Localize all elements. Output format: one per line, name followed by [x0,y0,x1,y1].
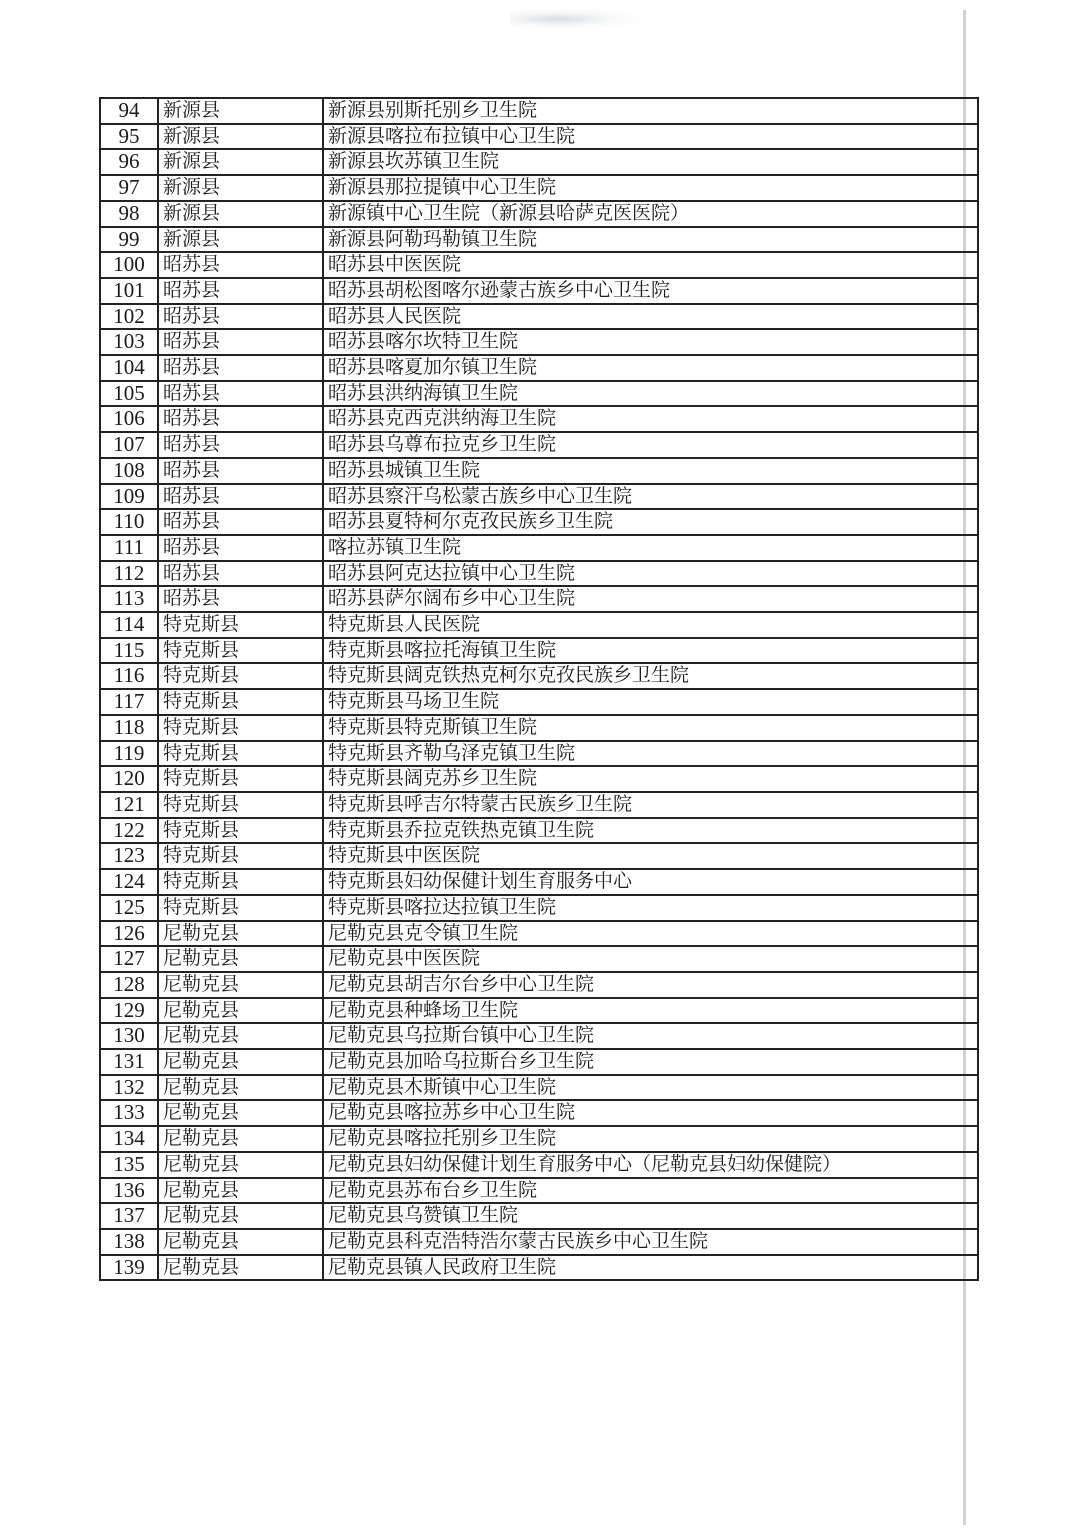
institution-name-cell: 昭苏县夏特柯尔克孜民族乡卫生院 [323,509,978,535]
table-row: 138 尼勒克县 尼勒克县科克浩特浩尔蒙古民族乡中心卫生院 [100,1229,978,1255]
county-cell: 尼勒克县 [158,1255,323,1281]
row-number-cell: 124 [100,869,158,895]
institution-name-cell: 昭苏县城镇卫生院 [323,458,978,484]
row-number-cell: 139 [100,1255,158,1281]
county-cell: 特克斯县 [158,741,323,767]
table-row: 134 尼勒克县 尼勒克县喀拉托别乡卫生院 [100,1126,978,1152]
row-number-cell: 100 [100,252,158,278]
institution-name-cell: 昭苏县人民医院 [323,304,978,330]
county-cell: 特克斯县 [158,663,323,689]
table-row: 103 昭苏县 昭苏县喀尔坎特卫生院 [100,329,978,355]
county-cell: 昭苏县 [158,458,323,484]
table-row: 132 尼勒克县 尼勒克县木斯镇中心卫生院 [100,1075,978,1101]
row-number-cell: 112 [100,561,158,587]
institution-name-cell: 昭苏县中医医院 [323,252,978,278]
county-cell: 昭苏县 [158,329,323,355]
institution-name-cell: 特克斯县特克斯镇卫生院 [323,715,978,741]
row-number-cell: 116 [100,663,158,689]
institution-name-cell: 昭苏县阿克达拉镇中心卫生院 [323,561,978,587]
table-row: 117 特克斯县 特克斯县马场卫生院 [100,689,978,715]
institution-name-cell: 特克斯县齐勒乌泽克镇卫生院 [323,741,978,767]
county-cell: 新源县 [158,98,323,124]
institution-name-cell: 特克斯县呼吉尔特蒙古民族乡卫生院 [323,792,978,818]
table-row: 137 尼勒克县 尼勒克县乌赞镇卫生院 [100,1203,978,1229]
table-row: 102 昭苏县 昭苏县人民医院 [100,304,978,330]
table-row: 110 昭苏县 昭苏县夏特柯尔克孜民族乡卫生院 [100,509,978,535]
table-row: 106 昭苏县 昭苏县克西克洪纳海卫生院 [100,406,978,432]
row-number-cell: 97 [100,175,158,201]
county-cell: 尼勒克县 [158,998,323,1024]
row-number-cell: 127 [100,946,158,972]
institution-name-cell: 尼勒克县中医医院 [323,946,978,972]
row-number-cell: 115 [100,638,158,664]
institution-name-cell: 尼勒克县镇人民政府卫生院 [323,1255,978,1281]
table-row: 128 尼勒克县 尼勒克县胡吉尔台乡中心卫生院 [100,972,978,998]
table-row: 94 新源县 新源县别斯托别乡卫生院 [100,98,978,124]
row-number-cell: 133 [100,1100,158,1126]
institution-name-cell: 尼勒克县喀拉苏乡中心卫生院 [323,1100,978,1126]
row-number-cell: 113 [100,586,158,612]
table-row: 101 昭苏县 昭苏县胡松图喀尔逊蒙古族乡中心卫生院 [100,278,978,304]
county-cell: 尼勒克县 [158,946,323,972]
county-cell: 特克斯县 [158,843,323,869]
row-number-cell: 134 [100,1126,158,1152]
row-number-cell: 137 [100,1203,158,1229]
row-number-cell: 102 [100,304,158,330]
row-number-cell: 121 [100,792,158,818]
county-cell: 尼勒克县 [158,1023,323,1049]
county-cell: 特克斯县 [158,638,323,664]
row-number-cell: 95 [100,124,158,150]
row-number-cell: 105 [100,381,158,407]
row-number-cell: 119 [100,741,158,767]
institution-name-cell: 新源县喀拉布拉镇中心卫生院 [323,124,978,150]
county-cell: 昭苏县 [158,381,323,407]
institution-name-cell: 尼勒克县胡吉尔台乡中心卫生院 [323,972,978,998]
county-cell: 新源县 [158,201,323,227]
row-number-cell: 122 [100,818,158,844]
row-number-cell: 106 [100,406,158,432]
county-cell: 昭苏县 [158,509,323,535]
institution-table: 94 新源县 新源县别斯托别乡卫生院 95 新源县 新源县喀拉布拉镇中心卫生院 … [99,97,979,1281]
county-cell: 昭苏县 [158,406,323,432]
county-cell: 尼勒克县 [158,1100,323,1126]
table-row: 125 特克斯县 特克斯县喀拉达拉镇卫生院 [100,895,978,921]
table-row: 107 昭苏县 昭苏县乌尊布拉克乡卫生院 [100,432,978,458]
table-row: 120 特克斯县 特克斯县阔克苏乡卫生院 [100,766,978,792]
county-cell: 尼勒克县 [158,1178,323,1204]
county-cell: 尼勒克县 [158,1049,323,1075]
county-cell: 昭苏县 [158,484,323,510]
institution-name-cell: 新源县那拉提镇中心卫生院 [323,175,978,201]
row-number-cell: 114 [100,612,158,638]
institution-name-cell: 尼勒克县科克浩特浩尔蒙古民族乡中心卫生院 [323,1229,978,1255]
county-cell: 尼勒克县 [158,972,323,998]
institution-name-cell: 特克斯县妇幼保健计划生育服务中心 [323,869,978,895]
scan-artifact [510,8,650,30]
county-cell: 新源县 [158,175,323,201]
table-row: 135 尼勒克县 尼勒克县妇幼保健计划生育服务中心（尼勒克县妇幼保健院） [100,1152,978,1178]
county-cell: 特克斯县 [158,689,323,715]
table-row: 98 新源县 新源镇中心卫生院（新源县哈萨克医医院） [100,201,978,227]
institution-name-cell: 昭苏县胡松图喀尔逊蒙古族乡中心卫生院 [323,278,978,304]
table-row: 133 尼勒克县 尼勒克县喀拉苏乡中心卫生院 [100,1100,978,1126]
county-cell: 昭苏县 [158,432,323,458]
table-row: 109 昭苏县 昭苏县察汗乌松蒙古族乡中心卫生院 [100,484,978,510]
county-cell: 特克斯县 [158,715,323,741]
row-number-cell: 110 [100,509,158,535]
county-cell: 尼勒克县 [158,1075,323,1101]
row-number-cell: 99 [100,227,158,253]
institution-name-cell: 尼勒克县种蜂场卫生院 [323,998,978,1024]
table-row: 118 特克斯县 特克斯县特克斯镇卫生院 [100,715,978,741]
institution-name-cell: 昭苏县洪纳海镇卫生院 [323,381,978,407]
row-number-cell: 96 [100,149,158,175]
institution-name-cell: 特克斯县中医医院 [323,843,978,869]
row-number-cell: 136 [100,1178,158,1204]
row-number-cell: 111 [100,535,158,561]
institution-name-cell: 尼勒克县木斯镇中心卫生院 [323,1075,978,1101]
table-row: 96 新源县 新源县坎苏镇卫生院 [100,149,978,175]
table-row: 105 昭苏县 昭苏县洪纳海镇卫生院 [100,381,978,407]
institution-name-cell: 昭苏县察汗乌松蒙古族乡中心卫生院 [323,484,978,510]
institution-name-cell: 尼勒克县加哈乌拉斯台乡卫生院 [323,1049,978,1075]
row-number-cell: 118 [100,715,158,741]
county-cell: 新源县 [158,227,323,253]
county-cell: 尼勒克县 [158,1229,323,1255]
institution-name-cell: 喀拉苏镇卫生院 [323,535,978,561]
row-number-cell: 94 [100,98,158,124]
institution-name-cell: 新源县坎苏镇卫生院 [323,149,978,175]
table-row: 123 特克斯县 特克斯县中医医院 [100,843,978,869]
institution-name-cell: 昭苏县喀尔坎特卫生院 [323,329,978,355]
county-cell: 尼勒克县 [158,1152,323,1178]
table-row: 130 尼勒克县 尼勒克县乌拉斯台镇中心卫生院 [100,1023,978,1049]
county-cell: 特克斯县 [158,818,323,844]
row-number-cell: 107 [100,432,158,458]
row-number-cell: 104 [100,355,158,381]
row-number-cell: 103 [100,329,158,355]
county-cell: 尼勒克县 [158,1126,323,1152]
institution-name-cell: 新源县阿勒玛勒镇卫生院 [323,227,978,253]
county-cell: 特克斯县 [158,895,323,921]
table-row: 127 尼勒克县 尼勒克县中医医院 [100,946,978,972]
table-row: 100 昭苏县 昭苏县中医医院 [100,252,978,278]
county-cell: 特克斯县 [158,766,323,792]
table-row: 112 昭苏县 昭苏县阿克达拉镇中心卫生院 [100,561,978,587]
county-cell: 昭苏县 [158,535,323,561]
row-number-cell: 129 [100,998,158,1024]
institution-name-cell: 特克斯县人民医院 [323,612,978,638]
table-row: 124 特克斯县 特克斯县妇幼保健计划生育服务中心 [100,869,978,895]
institution-name-cell: 尼勒克县乌赞镇卫生院 [323,1203,978,1229]
table-row: 126 尼勒克县 尼勒克县克令镇卫生院 [100,921,978,947]
institution-name-cell: 特克斯县阔克苏乡卫生院 [323,766,978,792]
table-row: 95 新源县 新源县喀拉布拉镇中心卫生院 [100,124,978,150]
county-cell: 新源县 [158,149,323,175]
county-cell: 昭苏县 [158,278,323,304]
table-row: 121 特克斯县 特克斯县呼吉尔特蒙古民族乡卫生院 [100,792,978,818]
row-number-cell: 108 [100,458,158,484]
county-cell: 新源县 [158,124,323,150]
table-row: 119 特克斯县 特克斯县齐勒乌泽克镇卫生院 [100,741,978,767]
row-number-cell: 123 [100,843,158,869]
institution-name-cell: 昭苏县萨尔阔布乡中心卫生院 [323,586,978,612]
table-row: 114 特克斯县 特克斯县人民医院 [100,612,978,638]
row-number-cell: 130 [100,1023,158,1049]
county-cell: 特克斯县 [158,792,323,818]
county-cell: 昭苏县 [158,355,323,381]
institution-name-cell: 特克斯县喀拉托海镇卫生院 [323,638,978,664]
row-number-cell: 128 [100,972,158,998]
row-number-cell: 138 [100,1229,158,1255]
institution-name-cell: 特克斯县乔拉克铁热克镇卫生院 [323,818,978,844]
county-cell: 尼勒克县 [158,1203,323,1229]
institution-name-cell: 尼勒克县苏布台乡卫生院 [323,1178,978,1204]
institution-name-cell: 尼勒克县喀拉托别乡卫生院 [323,1126,978,1152]
table-row: 122 特克斯县 特克斯县乔拉克铁热克镇卫生院 [100,818,978,844]
institution-name-cell: 特克斯县阔克铁热克柯尔克孜民族乡卫生院 [323,663,978,689]
table-row: 97 新源县 新源县那拉提镇中心卫生院 [100,175,978,201]
row-number-cell: 109 [100,484,158,510]
county-cell: 昭苏县 [158,304,323,330]
table-row: 111 昭苏县 喀拉苏镇卫生院 [100,535,978,561]
institution-name-cell: 特克斯县马场卫生院 [323,689,978,715]
row-number-cell: 126 [100,921,158,947]
row-number-cell: 125 [100,895,158,921]
institution-name-cell: 尼勒克县克令镇卫生院 [323,921,978,947]
row-number-cell: 98 [100,201,158,227]
county-cell: 特克斯县 [158,869,323,895]
institution-name-cell: 特克斯县喀拉达拉镇卫生院 [323,895,978,921]
table-row: 108 昭苏县 昭苏县城镇卫生院 [100,458,978,484]
table-row: 131 尼勒克县 尼勒克县加哈乌拉斯台乡卫生院 [100,1049,978,1075]
county-cell: 特克斯县 [158,612,323,638]
table-row: 115 特克斯县 特克斯县喀拉托海镇卫生院 [100,638,978,664]
institution-name-cell: 尼勒克县乌拉斯台镇中心卫生院 [323,1023,978,1049]
county-cell: 昭苏县 [158,561,323,587]
institution-name-cell: 尼勒克县妇幼保健计划生育服务中心（尼勒克县妇幼保健院） [323,1152,978,1178]
table-row: 139 尼勒克县 尼勒克县镇人民政府卫生院 [100,1255,978,1281]
row-number-cell: 131 [100,1049,158,1075]
row-number-cell: 101 [100,278,158,304]
county-cell: 昭苏县 [158,586,323,612]
table-row: 129 尼勒克县 尼勒克县种蜂场卫生院 [100,998,978,1024]
institution-name-cell: 昭苏县克西克洪纳海卫生院 [323,406,978,432]
table-row: 136 尼勒克县 尼勒克县苏布台乡卫生院 [100,1178,978,1204]
row-number-cell: 135 [100,1152,158,1178]
county-cell: 昭苏县 [158,252,323,278]
table-row: 104 昭苏县 昭苏县喀夏加尔镇卫生院 [100,355,978,381]
table-row: 113 昭苏县 昭苏县萨尔阔布乡中心卫生院 [100,586,978,612]
institution-name-cell: 新源县别斯托别乡卫生院 [323,98,978,124]
table-row: 99 新源县 新源县阿勒玛勒镇卫生院 [100,227,978,253]
institution-name-cell: 新源镇中心卫生院（新源县哈萨克医医院） [323,201,978,227]
institution-table-body: 94 新源县 新源县别斯托别乡卫生院 95 新源县 新源县喀拉布拉镇中心卫生院 … [100,98,978,1280]
county-cell: 尼勒克县 [158,921,323,947]
row-number-cell: 120 [100,766,158,792]
row-number-cell: 117 [100,689,158,715]
row-number-cell: 132 [100,1075,158,1101]
institution-name-cell: 昭苏县喀夏加尔镇卫生院 [323,355,978,381]
table-row: 116 特克斯县 特克斯县阔克铁热克柯尔克孜民族乡卫生院 [100,663,978,689]
institution-name-cell: 昭苏县乌尊布拉克乡卫生院 [323,432,978,458]
